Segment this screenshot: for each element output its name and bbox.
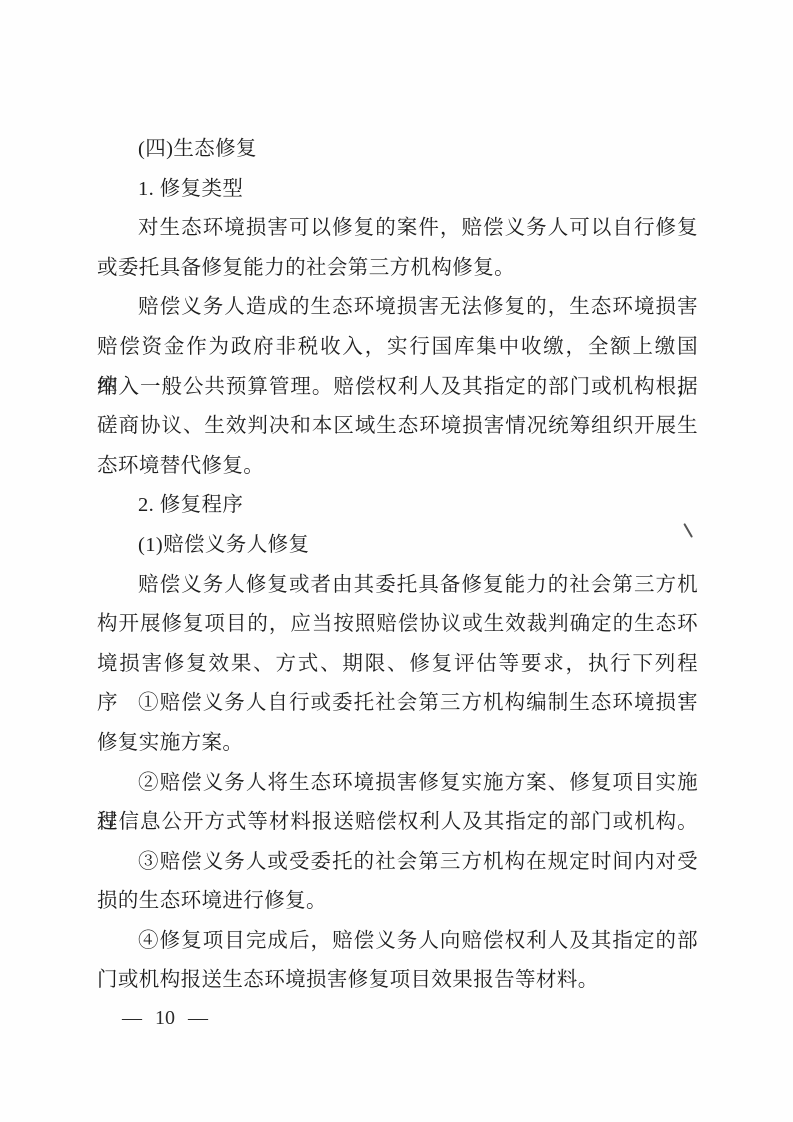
section-heading-line: (四)生态修复 bbox=[97, 130, 698, 170]
paragraph-2-line: 纳入一般公共预算管理。赔偿权利人及其指定的部门或机构根据 bbox=[97, 368, 698, 408]
page-footer: — 10 — bbox=[122, 1006, 208, 1030]
list-item-2-line: 程信息公开方式等材料报送赔偿权利人及其指定的部门或机构。 bbox=[97, 803, 698, 843]
list-item-3-line: ③赔偿义务人或受委托的社会第三方机构在规定时间内对受 bbox=[97, 843, 698, 883]
list-item-4-line: ④修复项目完成后，赔偿义务人向赔偿权利人及其指定的部 bbox=[97, 922, 698, 962]
paragraph-2-line: 赔偿资金作为政府非税收入，实行国库集中收缴，全额上缴国库， bbox=[97, 328, 698, 368]
document-page: (四)生态修复1. 修复类型对生态环境损害可以修复的案件，赔偿义务人可以自行修复… bbox=[0, 0, 793, 1122]
list-item-3-line: 损的生态环境进行修复。 bbox=[97, 882, 698, 922]
paragraph-2-line: 赔偿义务人造成的生态环境损害无法修复的，生态环境损害 bbox=[97, 288, 698, 328]
footer-dash-right: — bbox=[188, 1006, 208, 1030]
list-item-4-line: 门或机构报送生态环境损害修复项目效果报告等材料。 bbox=[97, 961, 698, 1001]
paragraph-2-line: 态环境替代修复。 bbox=[97, 447, 698, 487]
footer-dash-left: — bbox=[122, 1006, 142, 1030]
list-item-1-line: ①赔偿义务人自行或委托社会第三方机构编制生态环境损害 bbox=[97, 684, 698, 724]
paragraph-2-line: 磋商协议、生效判决和本区域生态环境损害情况统筹组织开展生 bbox=[97, 407, 698, 447]
document-body: (四)生态修复1. 修复类型对生态环境损害可以修复的案件，赔偿义务人可以自行修复… bbox=[97, 130, 698, 1001]
page-number: 10 bbox=[155, 1006, 175, 1030]
subsection-heading-2-line: 2. 修复程序 bbox=[97, 486, 698, 526]
list-item-1-line: 修复实施方案。 bbox=[97, 724, 698, 764]
paragraph-3-line: 构开展修复项目的，应当按照赔偿协议或生效裁判确定的生态环 bbox=[97, 605, 698, 645]
paragraph-3-line: 境损害修复效果、方式、期限、修复评估等要求，执行下列程序： bbox=[97, 645, 698, 685]
paragraph-3-line: 赔偿义务人修复或者由其委托具备修复能力的社会第三方机 bbox=[97, 566, 698, 606]
list-item-2-line: ②赔偿义务人将生态环境损害修复实施方案、修复项目实施过 bbox=[97, 764, 698, 804]
clause-heading-1-line: (1)赔偿义务人修复 bbox=[97, 526, 698, 566]
paragraph-1-line: 对生态环境损害可以修复的案件，赔偿义务人可以自行修复 bbox=[97, 209, 698, 249]
paragraph-1-line: 或委托具备修复能力的社会第三方机构修复。 bbox=[97, 249, 698, 289]
subsection-heading-1-line: 1. 修复类型 bbox=[97, 170, 698, 210]
